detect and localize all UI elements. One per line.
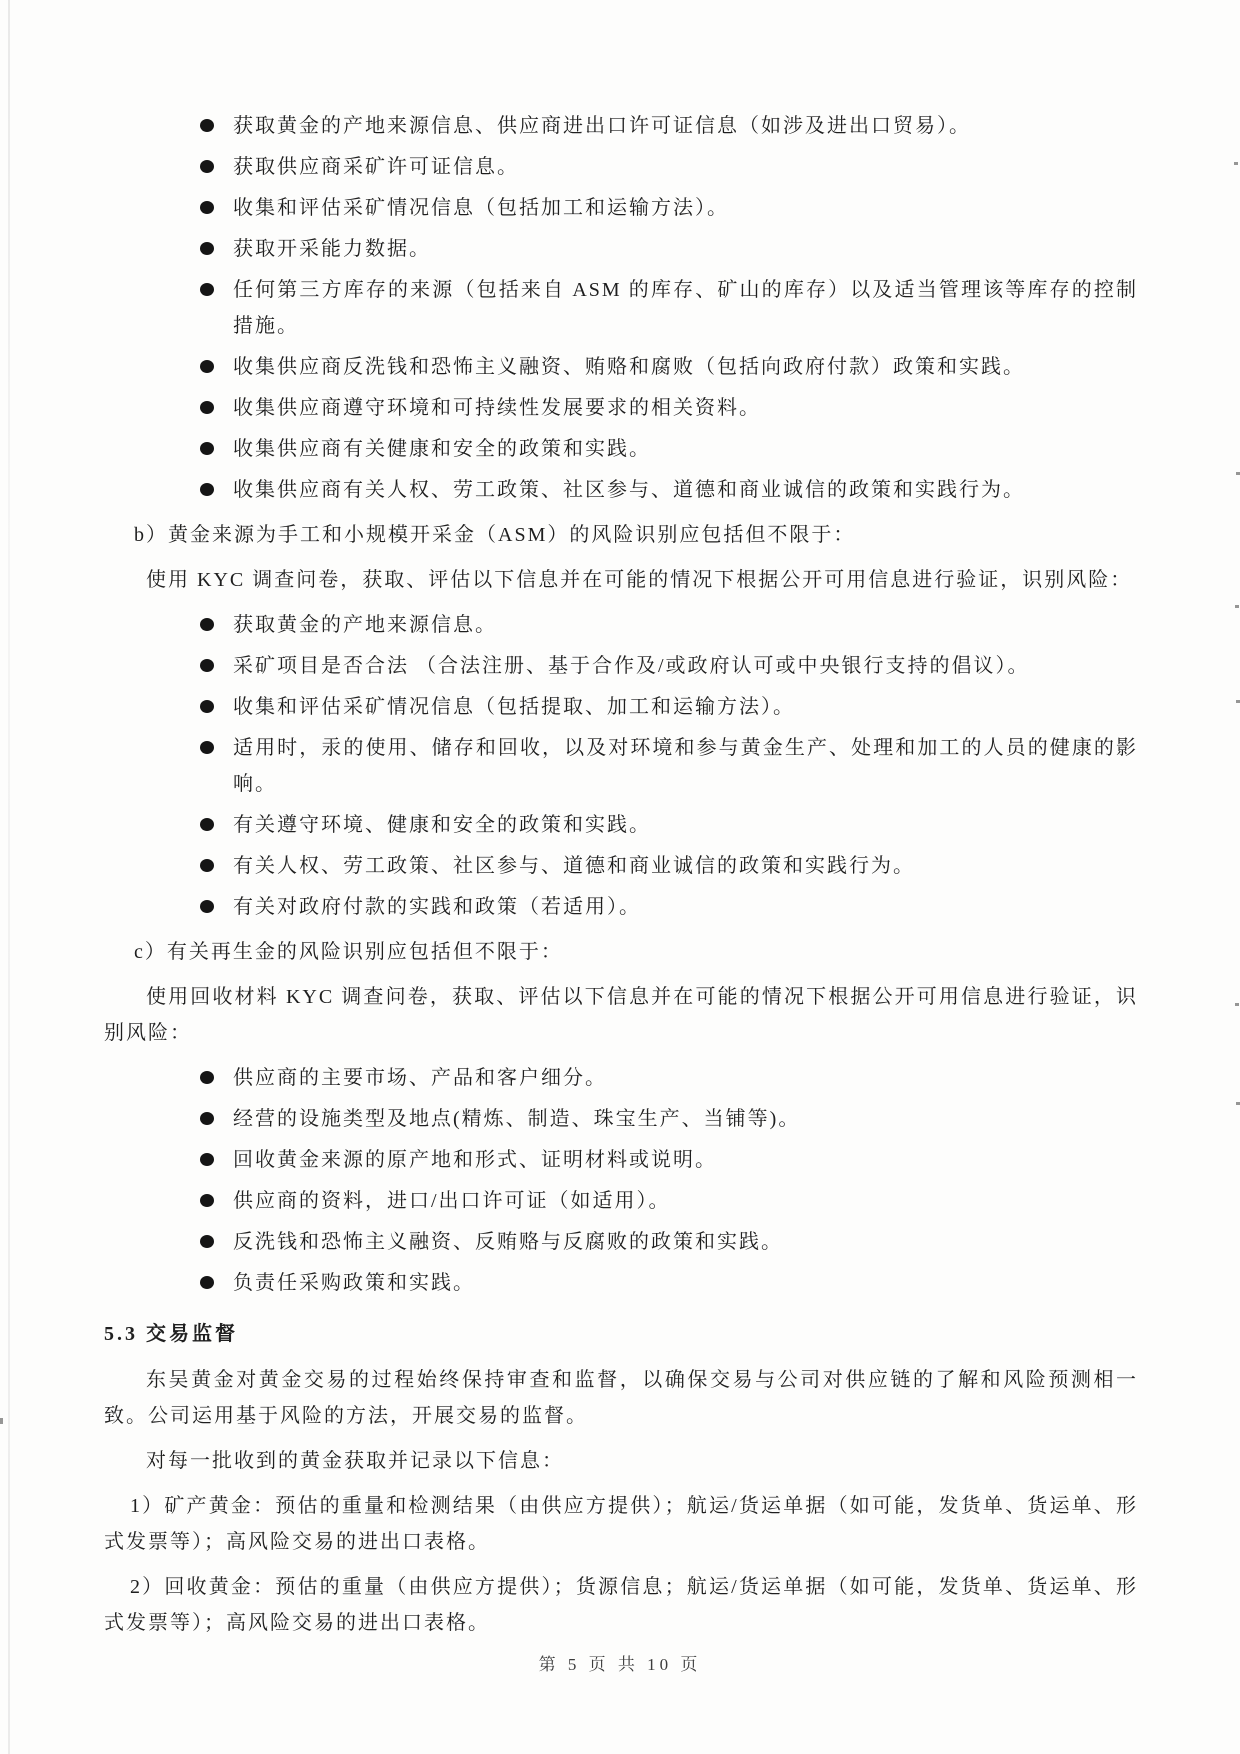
list-item-text: 适用时，汞的使用、储存和回收，以及对环境和参与黄金生产、处理和加工的人员的健康的…: [233, 737, 1138, 795]
scan-speck: [1236, 472, 1240, 475]
list-item: 有关人权、劳工政策、社区参与、道德和商业诚信的政策和实践行为。: [104, 848, 1138, 884]
list-item-text: 获取供应商采矿许可证信息。: [233, 156, 519, 178]
bullet-icon: [200, 401, 214, 414]
list-item: 反洗钱和恐怖主义融资、反贿赂与反腐败的政策和实践。: [104, 1224, 1138, 1260]
list-item: 获取开采能力数据。: [104, 231, 1138, 267]
list-item: 获取供应商采矿许可证信息。: [104, 149, 1138, 185]
bullet-icon: [200, 283, 214, 296]
list-item-text: 收集供应商反洗钱和恐怖主义融资、贿赂和腐败（包括向政府付款）政策和实践。: [233, 356, 1025, 378]
scan-speck: [1235, 605, 1239, 608]
scan-edge-artifact: [8, 0, 10, 1754]
bullet-icon: [200, 1112, 214, 1125]
paragraph-kyc: 使用 KYC 调查问卷，获取、评估以下信息并在可能的情况下根据公开可用信息进行验…: [104, 562, 1138, 598]
list-item: 收集供应商遵守环境和可持续性发展要求的相关资料。: [104, 390, 1138, 426]
list-item-text: 收集和评估采矿情况信息（包括提取、加工和运输方法）。: [233, 696, 795, 718]
bullet-icon: [200, 1235, 214, 1248]
list-item-text: 负责任采购政策和实践。: [233, 1272, 475, 1294]
paragraph-mined-gold: 1）矿产黄金：预估的重量和检测结果（由供应方提供）；航运/货运单据（如可能，发货…: [104, 1488, 1138, 1560]
bullet-icon: [200, 119, 214, 132]
bullet-icon: [200, 700, 214, 713]
list-item-text: 有关遵守环境、健康和安全的政策和实践。: [233, 814, 651, 836]
list-item-text: 获取开采能力数据。: [233, 238, 431, 260]
list-item: 获取黄金的产地来源信息、供应商进出口许可证信息（如涉及进出口贸易）。: [104, 108, 1138, 144]
list-item: 收集供应商有关人权、劳工政策、社区参与、道德和商业诚信的政策和实践行为。: [104, 472, 1138, 508]
paragraph-trade-supervision: 东吴黄金对黄金交易的过程始终保持审查和监督，以确保交易与公司对供应链的了解和风险…: [104, 1362, 1138, 1434]
list-item-text: 采矿项目是否合法 （合法注册、基于合作及/或政府认可或中央银行支持的倡议）。: [233, 655, 1030, 677]
paragraph-recycled-gold: 2）回收黄金：预估的重量（由供应方提供）；货源信息；航运/货运单据（如可能，发货…: [104, 1569, 1138, 1641]
list-item-text: 经营的设施类型及地点(精炼、制造、珠宝生产、当铺等)。: [233, 1108, 800, 1130]
list-item-text: 收集供应商有关健康和安全的政策和实践。: [233, 438, 651, 460]
scan-speck: [1235, 1003, 1239, 1006]
page-number-footer: 第 5 页 共 10 页: [0, 1650, 1240, 1675]
list-item-text: 有关对政府付款的实践和政策（若适用）。: [233, 896, 641, 918]
bullet-icon: [200, 483, 214, 496]
scan-speck: [1234, 162, 1238, 165]
list-item: 有关对政府付款的实践和政策（若适用）。: [104, 889, 1138, 925]
bullet-list-a: 获取黄金的产地来源信息、供应商进出口许可证信息（如涉及进出口贸易）。 获取供应商…: [104, 108, 1138, 508]
document-body: 获取黄金的产地来源信息、供应商进出口许可证信息（如涉及进出口贸易）。 获取供应商…: [104, 108, 1138, 1650]
bullet-icon: [200, 201, 214, 214]
list-item-text: 供应商的主要市场、产品和客户细分。: [233, 1067, 607, 1089]
bullet-icon: [200, 360, 214, 373]
list-item: 采矿项目是否合法 （合法注册、基于合作及/或政府认可或中央银行支持的倡议）。: [104, 648, 1138, 684]
paragraph-record-info: 对每一批收到的黄金获取并记录以下信息：: [104, 1443, 1138, 1479]
list-item: 收集和评估采矿情况信息（包括提取、加工和运输方法）。: [104, 689, 1138, 725]
list-item-text: 收集和评估采矿情况信息（包括加工和运输方法）。: [233, 197, 729, 219]
list-item-text: 回收黄金来源的原产地和形式、证明材料或说明。: [233, 1149, 717, 1171]
list-item: 获取黄金的产地来源信息。: [104, 607, 1138, 643]
bullet-icon: [200, 859, 214, 872]
list-item: 收集供应商反洗钱和恐怖主义融资、贿赂和腐败（包括向政府付款）政策和实践。: [104, 349, 1138, 385]
list-item: 经营的设施类型及地点(精炼、制造、珠宝生产、当铺等)。: [104, 1101, 1138, 1137]
bullet-icon: [200, 1071, 214, 1084]
bullet-icon: [200, 1276, 214, 1289]
list-item-text: 获取黄金的产地来源信息。: [233, 614, 497, 636]
bullet-icon: [200, 160, 214, 173]
bullet-list-c: 供应商的主要市场、产品和客户细分。 经营的设施类型及地点(精炼、制造、珠宝生产、…: [104, 1060, 1138, 1301]
section-heading-5-3: 5.3 交易监督: [104, 1316, 1138, 1352]
bullet-icon: [200, 1153, 214, 1166]
scan-speck: [1236, 1102, 1240, 1105]
list-item: 适用时，汞的使用、储存和回收，以及对环境和参与黄金生产、处理和加工的人员的健康的…: [104, 730, 1138, 802]
bullet-icon: [200, 741, 214, 754]
list-item: 收集和评估采矿情况信息（包括加工和运输方法）。: [104, 190, 1138, 226]
list-item-text: 供应商的资料，进口/出口许可证（如适用）。: [233, 1190, 671, 1212]
list-item: 任何第三方库存的来源（包括来自 ASM 的库存、矿山的库存）以及适当管理该等库存…: [104, 272, 1138, 344]
list-item-text: 有关人权、劳工政策、社区参与、道德和商业诚信的政策和实践行为。: [233, 855, 915, 877]
bullet-icon: [200, 242, 214, 255]
scan-speck: [1236, 700, 1240, 703]
clause-c-heading: c）有关再生金的风险识别应包括但不限于：: [134, 934, 1138, 970]
paragraph-recycled-kyc: 使用回收材料 KYC 调查问卷，获取、评估以下信息并在可能的情况下根据公开可用信…: [104, 979, 1138, 1051]
bullet-icon: [200, 1194, 214, 1207]
bullet-icon: [200, 618, 214, 631]
list-item-text: 任何第三方库存的来源（包括来自 ASM 的库存、矿山的库存）以及适当管理该等库存…: [233, 279, 1138, 337]
list-item: 收集供应商有关健康和安全的政策和实践。: [104, 431, 1138, 467]
bullet-icon: [200, 442, 214, 455]
list-item-text: 反洗钱和恐怖主义融资、反贿赂与反腐败的政策和实践。: [233, 1231, 783, 1253]
list-item: 负责任采购政策和实践。: [104, 1265, 1138, 1301]
document-page: 获取黄金的产地来源信息、供应商进出口许可证信息（如涉及进出口贸易）。 获取供应商…: [0, 0, 1240, 1754]
clause-b-heading: b）黄金来源为手工和小规模开采金（ASM）的风险识别应包括但不限于：: [134, 517, 1138, 553]
list-item-text: 收集供应商有关人权、劳工政策、社区参与、道德和商业诚信的政策和实践行为。: [233, 479, 1025, 501]
bullet-icon: [200, 818, 214, 831]
scan-speck: [0, 1418, 3, 1424]
list-item-text: 收集供应商遵守环境和可持续性发展要求的相关资料。: [233, 397, 761, 419]
bullet-list-b: 获取黄金的产地来源信息。 采矿项目是否合法 （合法注册、基于合作及/或政府认可或…: [104, 607, 1138, 925]
list-item: 有关遵守环境、健康和安全的政策和实践。: [104, 807, 1138, 843]
list-item-text: 获取黄金的产地来源信息、供应商进出口许可证信息（如涉及进出口贸易）。: [233, 115, 971, 137]
bullet-icon: [200, 900, 214, 913]
list-item: 供应商的主要市场、产品和客户细分。: [104, 1060, 1138, 1096]
bullet-icon: [200, 659, 214, 672]
list-item: 供应商的资料，进口/出口许可证（如适用）。: [104, 1183, 1138, 1219]
list-item: 回收黄金来源的原产地和形式、证明材料或说明。: [104, 1142, 1138, 1178]
